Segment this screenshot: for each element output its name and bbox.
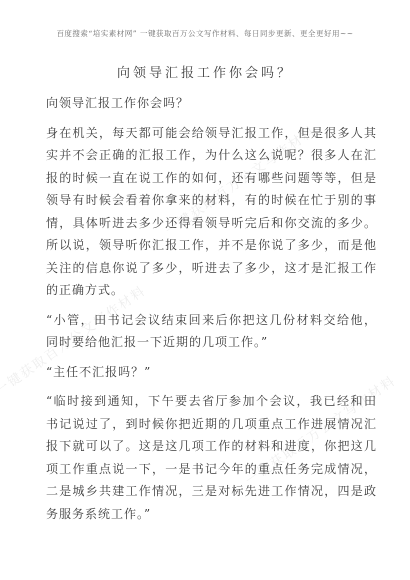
paragraph: “小管，田书记会议结束回来后你把这几份材料交给他，同时要给他汇报一下近期的几项工…: [46, 309, 377, 354]
paragraph: 向领导汇报工作你会吗？: [46, 92, 377, 115]
paragraph: 身在机关，每天都可能会给领导汇报工作，但是很多人其实并不会正确的汇报工作，为什么…: [46, 122, 377, 302]
document-title: 向领导汇报工作你会吗？: [0, 62, 410, 81]
document-page: 一键获取百万公文写作材料 一键获取百万公文写作材料 一键获取百万公文写作材料 百…: [0, 0, 410, 580]
header-promo-note: 百度搜索“培实素材网” 一键获取百万公文写作材料、每日同步更新、更全更好用~~: [0, 28, 410, 39]
document-body: 向领导汇报工作你会吗？ 身在机关，每天都可能会给领导汇报工作，但是很多人其实并不…: [46, 92, 377, 532]
paragraph: “主任不汇报吗？”: [46, 361, 377, 384]
paragraph: “临时接到通知，下午要去省厅参加个会议，我已经和田书记说过了，到时候你把近期的几…: [46, 390, 377, 525]
